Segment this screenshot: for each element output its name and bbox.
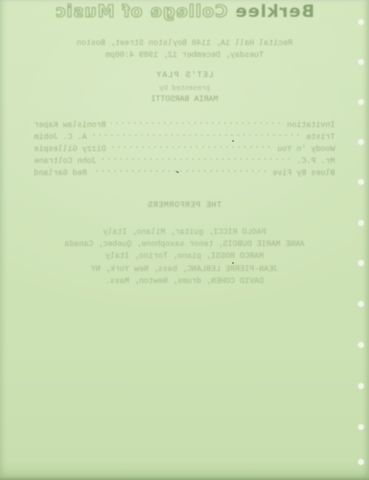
- program-row: Triste A. C. Jobim: [34, 131, 335, 143]
- program-list: Invitation Bronislaw Kaper Triste A. C. …: [34, 119, 335, 179]
- binding-hole: [358, 342, 364, 348]
- composer: John Coltrane: [34, 157, 96, 166]
- paper-speck: [232, 140, 234, 142]
- venue-line: Recital Hall 1A, 1140 Boylston Street, B…: [0, 38, 369, 50]
- binding-hole: [358, 179, 364, 185]
- performer-line: PAOLO RICCI, guitar, Milano, Italy: [0, 227, 369, 239]
- composer: Dizzy Gillespie: [34, 145, 106, 154]
- dot-leader: [92, 131, 301, 139]
- recital-title: LET'S PLAY: [0, 70, 369, 82]
- song-title: Mr. P.C.: [297, 157, 335, 166]
- binding-hole: [358, 424, 364, 430]
- performer-line: MARCO ROSSI, piano, Torino, Italy: [0, 251, 369, 263]
- song-title: Woody 'n You: [277, 145, 335, 154]
- binding-hole: [358, 220, 364, 226]
- dot-leader: [111, 143, 272, 151]
- dot-leader: [111, 119, 282, 127]
- masthead: Berklee College of Music: [0, 2, 369, 22]
- song-title: Blues By Five: [273, 169, 335, 178]
- program-row: Woody 'n You Dizzy Gillespie: [34, 143, 335, 155]
- song-title: Invitation: [287, 121, 335, 130]
- dot-leader: [92, 167, 268, 175]
- program-row: Invitation Bronislaw Kaper: [34, 119, 335, 131]
- binding-hole: [358, 383, 364, 389]
- composer: Red Garland: [34, 169, 87, 178]
- performers-heading: THE PERFORMERS: [0, 200, 369, 212]
- masthead-bold-text: Berklee: [234, 2, 314, 22]
- paper-speck: [232, 262, 234, 264]
- binding-hole: [358, 19, 364, 25]
- program-row: Blues By Five Red Garland: [34, 167, 335, 179]
- performer-line: ANNE MARIE DUBOIS, tenor saxophone, Queb…: [0, 239, 369, 251]
- date-line: Tuesday, December 12, 1989 4:00pm: [0, 50, 369, 62]
- binding-hole: [358, 459, 364, 465]
- program-row: Mr. P.C. John Coltrane: [34, 155, 335, 167]
- performers-list: PAOLO RICCI, guitar, Milano, Italy ANNE …: [0, 227, 369, 288]
- binding-hole: [358, 260, 364, 266]
- binding-hole: [358, 301, 364, 307]
- scanned-page: Berklee College of Music Recital Hall 1A…: [0, 0, 369, 480]
- bleed-through-layer: Berklee College of Music Recital Hall 1A…: [0, 0, 369, 480]
- composer: A. C. Jobim: [34, 133, 87, 142]
- presenter-name: MARIA BARSOTTI: [0, 94, 369, 106]
- masthead-outline-text: College of Music: [55, 2, 228, 22]
- performer-line: DAVID COHEN, drums, Newton, Mass.: [0, 276, 369, 288]
- binding-hole: [358, 59, 364, 65]
- song-title: Triste: [306, 133, 335, 142]
- performer-line: JEAN-PIERRE LEBLANC, bass, New York, NY: [0, 264, 369, 276]
- dot-leader: [101, 155, 291, 163]
- binding-hole: [358, 139, 364, 145]
- binding-hole: [358, 99, 364, 105]
- composer: Bronislaw Kaper: [34, 121, 106, 130]
